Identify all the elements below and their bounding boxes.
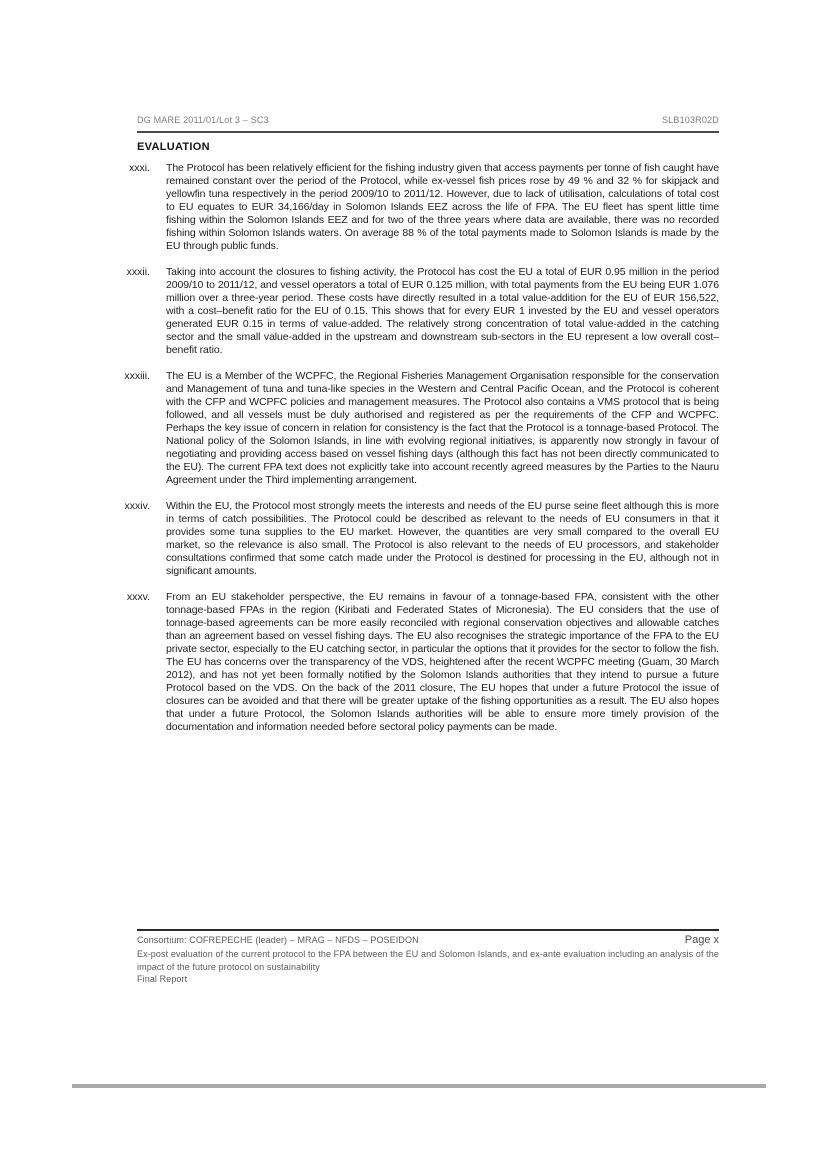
- footer-rule: [137, 929, 719, 931]
- footer-page-number: Page x: [685, 934, 719, 946]
- paragraph-number: xxxv.: [110, 591, 150, 734]
- paragraph-number: xxxiii.: [110, 370, 150, 487]
- footer-consortium: Consortium: COFREPECHE (leader) – MRAG –…: [137, 935, 419, 945]
- paragraph-text: The EU is a Member of the WCPFC, the Reg…: [166, 370, 719, 487]
- header-doc-code: SLB103R02D: [662, 115, 719, 125]
- paragraph-text: From an EU stakeholder perspective, the …: [166, 591, 719, 734]
- page-header: DG MARE 2011/01/Lot 3 – SC3 SLB103R02D: [137, 115, 719, 125]
- paragraph-number: xxxi.: [110, 162, 150, 253]
- numbered-paragraph: xxxiii. The EU is a Member of the WCPFC,…: [110, 370, 719, 487]
- header-doc-reference: DG MARE 2011/01/Lot 3 – SC3: [137, 115, 269, 125]
- paragraph-text: The Protocol has been relatively efficie…: [166, 162, 719, 253]
- paragraph-text: Taking into account the closures to fish…: [166, 266, 719, 357]
- paragraph-text: Within the EU, the Protocol most strongl…: [166, 500, 719, 578]
- numbered-paragraph: xxxiv. Within the EU, the Protocol most …: [110, 500, 719, 578]
- paragraph-number: xxxii.: [110, 266, 150, 357]
- page-footer: Consortium: COFREPECHE (leader) – MRAG –…: [137, 934, 719, 986]
- page-bottom-separator: [72, 1084, 766, 1088]
- footer-description: Ex-post evaluation of the current protoc…: [137, 948, 719, 973]
- document-page: DG MARE 2011/01/Lot 3 – SC3 SLB103R02D E…: [0, 0, 826, 1169]
- numbered-paragraph: xxxii. Taking into account the closures …: [110, 266, 719, 357]
- section-title: EVALUATION: [137, 141, 210, 153]
- footer-report-line: Final Report: [137, 973, 719, 986]
- paragraph-number: xxxiv.: [110, 500, 150, 578]
- numbered-paragraph: xxxv. From an EU stakeholder perspective…: [110, 591, 719, 734]
- numbered-paragraph: xxxi. The Protocol has been relatively e…: [110, 162, 719, 253]
- footer-top-row: Consortium: COFREPECHE (leader) – MRAG –…: [137, 934, 719, 946]
- header-rule: [137, 131, 719, 133]
- paragraph-list: xxxi. The Protocol has been relatively e…: [110, 162, 719, 734]
